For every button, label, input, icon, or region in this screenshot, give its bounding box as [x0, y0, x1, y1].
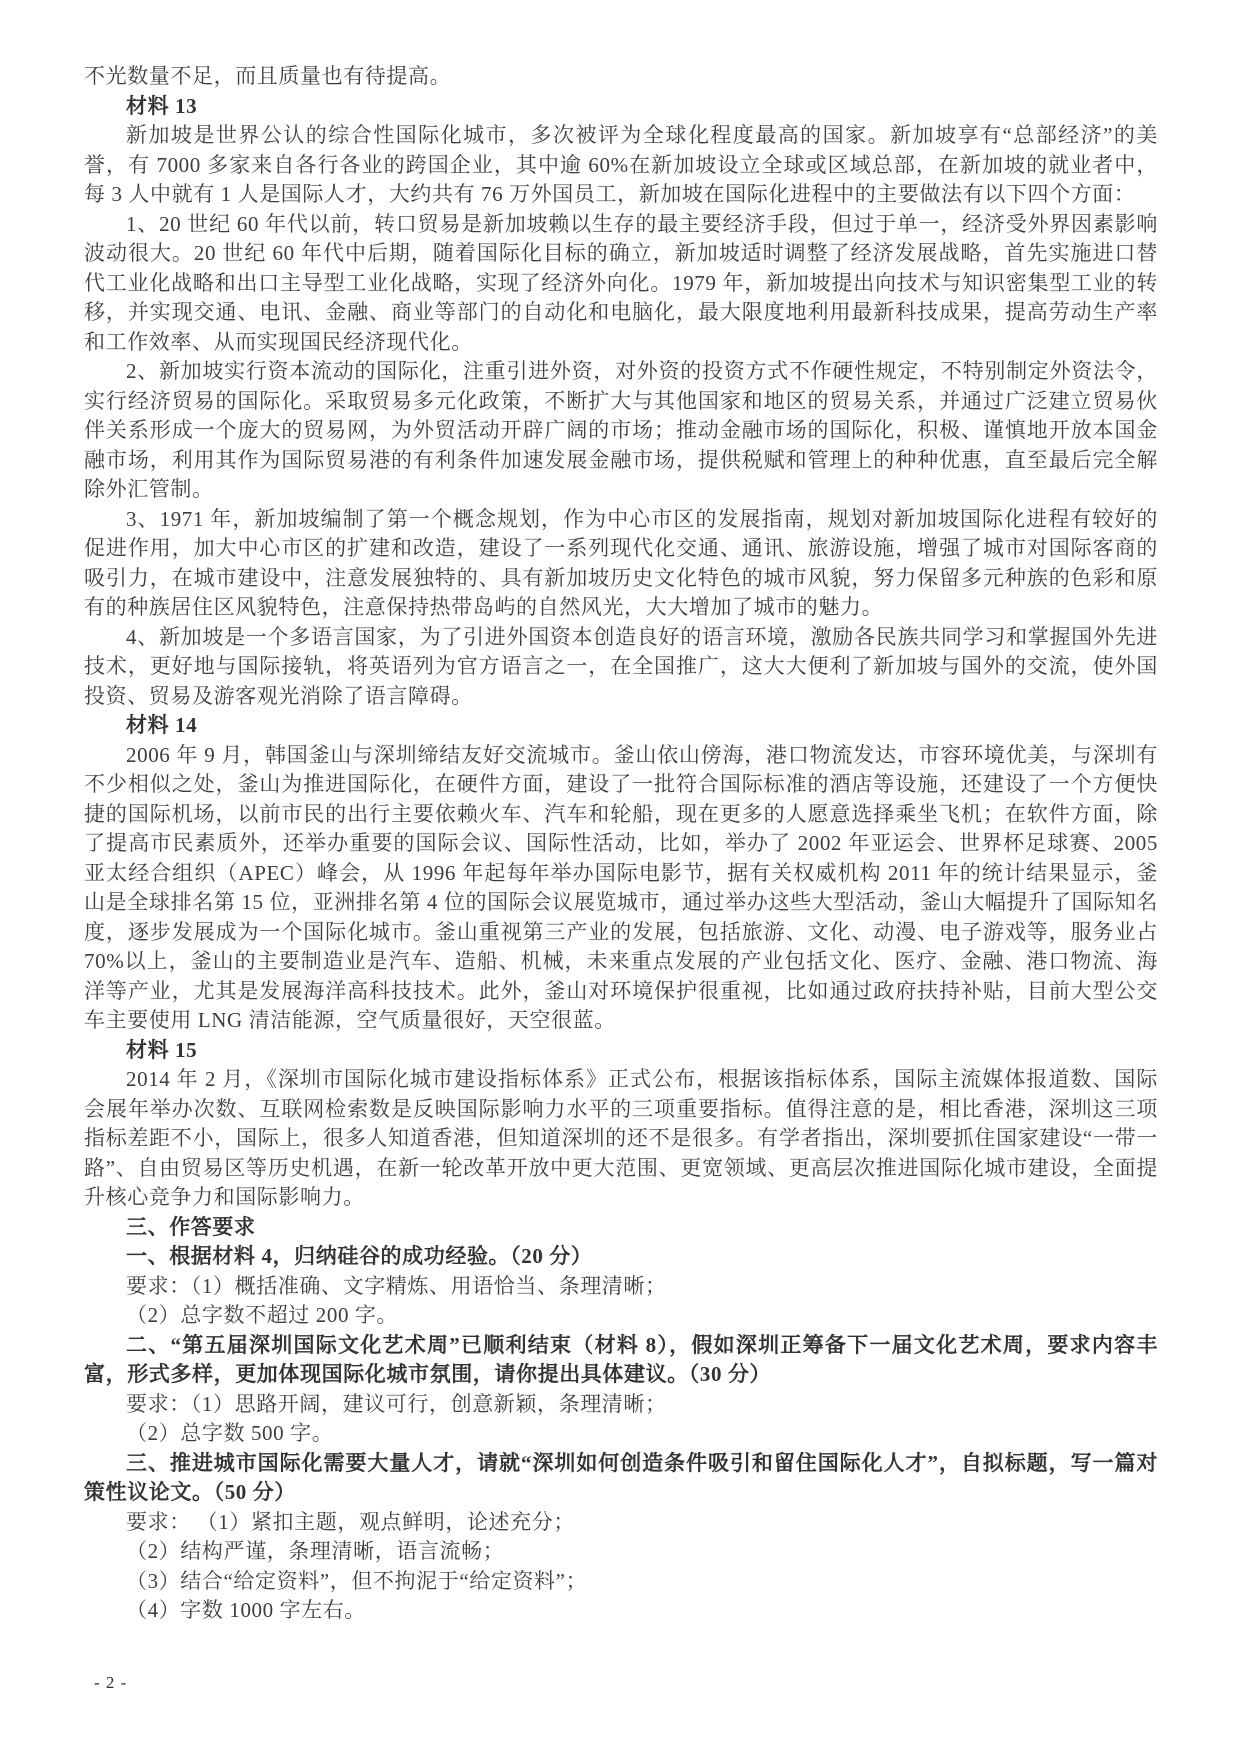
- paragraph: 2006 年 9 月，韩国釜山与深圳缔结友好交流城市。釜山依山傍海，港口物流发达…: [84, 741, 1158, 1036]
- paragraph: （3）结合“给定资料”，但不拘泥于“给定资料”；: [84, 1567, 1158, 1597]
- paragraph: 4、新加坡是一个多语言国家，为了引进外国资本创造良好的语言环境，激励各民族共同学…: [84, 623, 1158, 712]
- heading-paragraph: 三、推进城市国际化需要大量人才，请就“深圳如何创造条件吸引和留住国际化人才”，自…: [84, 1449, 1158, 1508]
- paragraph: （4）字数 1000 字左右。: [84, 1596, 1158, 1626]
- paragraph: 要求：（1）思路开阔，建议可行，创意新颖，条理清晰；: [84, 1390, 1158, 1420]
- document-page: 不光数量不足，而且质量也有待提高。材料 13新加坡是世界公认的综合性国际化城市，…: [0, 0, 1240, 1754]
- paragraph: 3、1971 年，新加坡编制了第一个概念规划，作为中心市区的发展指南，规划对新加…: [84, 505, 1158, 623]
- heading-paragraph: 材料 14: [84, 711, 1158, 741]
- paragraph: 新加坡是世界公认的综合性国际化城市，多次被评为全球化程度最高的国家。新加坡享有“…: [84, 121, 1158, 210]
- paragraph: 要求： （1）紧扣主题，观点鲜明，论述充分；: [84, 1508, 1158, 1538]
- heading-paragraph: 材料 15: [84, 1036, 1158, 1066]
- page-number: - 2 -: [94, 1672, 127, 1694]
- paragraph: 不光数量不足，而且质量也有待提高。: [84, 62, 1158, 92]
- paragraph: （2）总字数不超过 200 字。: [84, 1301, 1158, 1331]
- heading-paragraph: 二、“第五届深圳国际文化艺术周”已顺利结束（材料 8），假如深圳正筹备下一届文化…: [84, 1331, 1158, 1390]
- paragraph: 1、20 世纪 60 年代以前，转口贸易是新加坡赖以生存的最主要经济手段，但过于…: [84, 210, 1158, 358]
- heading-paragraph: 三、作答要求: [84, 1213, 1158, 1243]
- paragraph: （2）结构严谨，条理清晰，语言流畅；: [84, 1537, 1158, 1567]
- paragraph: 2014 年 2 月，《深圳市国际化城市建设指标体系》正式公布，根据该指标体系，…: [84, 1065, 1158, 1213]
- document-body: 不光数量不足，而且质量也有待提高。材料 13新加坡是世界公认的综合性国际化城市，…: [84, 62, 1158, 1626]
- paragraph: （2）总字数 500 字。: [84, 1419, 1158, 1449]
- paragraph: 要求：（1）概括准确、文字精炼、用语恰当、条理清晰；: [84, 1272, 1158, 1302]
- heading-paragraph: 一、根据材料 4，归纳硅谷的成功经验。（20 分）: [84, 1242, 1158, 1272]
- paragraph: 2、新加坡实行资本流动的国际化，注重引进外资，对外资的投资方式不作硬性规定，不特…: [84, 357, 1158, 505]
- heading-paragraph: 材料 13: [84, 92, 1158, 122]
